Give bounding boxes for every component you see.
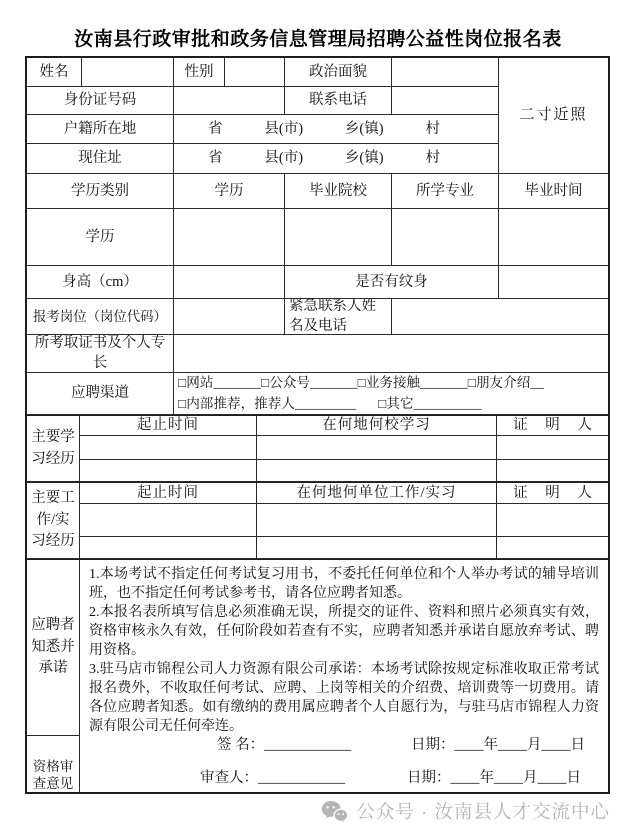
- phone-value-cell: [392, 87, 499, 115]
- channel-options-line1: □网站_______ □公众号_______ □业务接触_______ □朋友介…: [178, 374, 544, 392]
- degree-row-label-cell: 学历: [27, 209, 174, 266]
- promise-label-line: 承诺: [39, 658, 68, 680]
- review-date-field: 日期： ____年____月____日: [407, 769, 581, 788]
- emergency-contact-label-cell: 紧急联系人姓名及电话: [285, 299, 392, 335]
- graduation-time-value-cell: [499, 209, 608, 266]
- township-label: 乡(镇): [345, 149, 384, 168]
- certificates-value-cell: [174, 335, 608, 373]
- review-label-cell: 资格审 查意见: [27, 759, 80, 792]
- study-label-line: 习经历: [31, 449, 75, 471]
- certificates-label-cell: 所考取证书及个人专长: [27, 335, 174, 373]
- promise-section: 应聘者 知悉并 承诺 1.本场考试不指定任何考试复习用书，不委托任何单位和个人举…: [27, 559, 608, 759]
- study-witness-value-cell: [497, 460, 608, 482]
- date-label: 日期：: [411, 736, 455, 755]
- channel-label-cell: 应聘渠道: [27, 373, 174, 415]
- work-period-value-cell: [80, 504, 257, 537]
- study-period-value-cell: [80, 460, 257, 482]
- form-page: 汝南县行政审批和政务信息管理局招聘公益性岗位报名表 姓名 性别 政治面貌 身份证…: [0, 0, 636, 835]
- promise-text-cell: 1.本场考试不指定任何考试复习用书，不委托任何单位和个人举办考试的辅导培训班，也…: [80, 560, 608, 759]
- date-label: 日期：: [407, 769, 451, 788]
- degree-value-cell: [174, 209, 285, 266]
- work-witness-value-cell: [497, 504, 608, 537]
- tattoo-value-cell: [499, 266, 608, 299]
- education-header-row: 学历类别 学历 毕业院校 所学专业 毕业时间: [27, 174, 608, 209]
- height-tattoo-row: 身高（cm） 是否有纹身: [27, 266, 608, 299]
- study-witness-header-cell: 证 明 人: [497, 416, 608, 436]
- work-period-value-cell: [80, 537, 257, 559]
- study-experience-grid: 起止时间 在何地何校学习 证 明 人: [80, 416, 608, 482]
- promise-label-spacer-cell: [27, 736, 80, 759]
- work-place-value-cell: [257, 504, 497, 537]
- study-label-line: 主要学: [31, 427, 75, 449]
- study-period-value-cell: [80, 436, 257, 460]
- signature-field: 签 名： ____________: [217, 736, 351, 755]
- row-name-gender-politics: 姓名 性别 政治面貌: [27, 58, 499, 87]
- promise-paragraph-1: 1.本场考试不指定任何考试复习用书，不委托任何单位和个人举办考试的辅导培训班，也…: [89, 565, 599, 603]
- reviewer-field: 审查人： ____________: [200, 769, 345, 788]
- registered-address-label-cell: 户籍所在地: [27, 115, 174, 144]
- work-witness-value-cell: [497, 537, 608, 559]
- gender-value-cell: [225, 58, 285, 87]
- review-label-line: 资格审: [33, 759, 74, 776]
- checkbox-other: □其它__________: [378, 395, 481, 413]
- position-value-cell: [174, 299, 285, 335]
- checkbox-internal-referral: □内部推荐，推荐人_________: [178, 395, 356, 413]
- graduation-time-header-cell: 毕业时间: [499, 174, 608, 209]
- work-place-value-cell: [257, 537, 497, 559]
- tattoo-label-cell: 是否有纹身: [285, 266, 499, 299]
- promise-paragraph-2: 2.本报名表所填写信息必须准确无误，所提交的证件、资料和照片必须真实有效，资格审…: [89, 603, 599, 660]
- province-label: 省: [208, 149, 223, 168]
- reviewer-blank-line: ____________: [258, 769, 345, 788]
- review-section: 资格审 查意见 审查人： ____________ 日期： ____年____月…: [27, 759, 608, 792]
- review-content-cell: 审查人： ____________ 日期： ____年____月____日: [80, 759, 608, 792]
- work-experience-grid: 起止时间 在何地何单位工作/实习 证 明 人: [80, 483, 608, 559]
- review-label-line: 查意见: [33, 776, 74, 793]
- work-entry-row: [80, 504, 608, 537]
- identity-left-block: 姓名 性别 政治面貌 身份证号码 联系电话 户籍所在地 省: [27, 58, 499, 174]
- top-identity-block: 姓名 性别 政治面貌 身份证号码 联系电话 户籍所在地 省: [27, 58, 608, 174]
- promise-label-cell: 应聘者 知悉并 承诺: [27, 560, 80, 736]
- study-witness-value-cell: [497, 436, 608, 460]
- study-header-row: 起止时间 在何地何校学习 证 明 人: [80, 416, 608, 436]
- emergency-contact-value-cell: [392, 299, 608, 335]
- province-label: 省: [208, 120, 223, 139]
- footer-text: 公众号 · 汝南县人才交流中心: [357, 798, 610, 824]
- footer-watermark: 公众号 · 汝南县人才交流中心: [0, 798, 610, 824]
- promise-label-line: 知悉并: [31, 637, 75, 659]
- signature-label: 签 名：: [217, 736, 264, 755]
- reviewer-label: 审查人：: [200, 769, 258, 788]
- promise-label-line: 应聘者: [31, 615, 75, 637]
- major-header-cell: 所学专业: [392, 174, 499, 209]
- work-experience-label-cell: 主要工 作/实 习经历: [27, 483, 80, 559]
- promise-label-column: 应聘者 知悉并 承诺: [27, 560, 80, 759]
- phone-label-cell: 联系电话: [285, 87, 392, 115]
- education-entry-row: 学历: [27, 209, 608, 266]
- county-label: 县(市): [264, 120, 303, 139]
- application-form-table: 姓名 性别 政治面貌 身份证号码 联系电话 户籍所在地 省: [25, 56, 610, 794]
- study-experience-label-cell: 主要学 习经历: [27, 416, 80, 482]
- row-current-address: 现住址 省 县(市) 乡(镇) 村: [27, 144, 499, 174]
- gender-label-cell: 性别: [174, 58, 225, 87]
- channel-row: 应聘渠道 □网站_______ □公众号_______ □业务接触_______…: [27, 373, 608, 415]
- school-header-cell: 毕业院校: [285, 174, 392, 209]
- signature-row: 签 名： ____________ 日期： ____年____月____日: [89, 736, 599, 757]
- channel-options-cell: □网站_______ □公众号_______ □业务接触_______ □朋友介…: [174, 373, 608, 415]
- photo-box: 二寸近照: [499, 58, 608, 174]
- signature-blank-line: ____________: [264, 736, 351, 755]
- work-entry-row: [80, 537, 608, 559]
- study-entry-row: [80, 460, 608, 482]
- study-period-header-cell: 起止时间: [80, 416, 257, 436]
- education-type-header-cell: 学历类别: [27, 174, 174, 209]
- form-title: 汝南县行政审批和政务信息管理局招聘公益性岗位报名表: [0, 24, 636, 51]
- township-label: 乡(镇): [345, 120, 384, 139]
- work-experience-section: 主要工 作/实 习经历 起止时间 在何地何单位工作/实习 证 明 人: [27, 482, 608, 559]
- work-period-header-cell: 起止时间: [80, 483, 257, 504]
- study-entry-row: [80, 436, 608, 460]
- major-value-cell: [392, 209, 499, 266]
- checkbox-website: □网站_______: [178, 374, 261, 392]
- work-label-line: 作/实: [36, 510, 69, 532]
- politics-label-cell: 政治面貌: [285, 58, 392, 87]
- work-place-header-cell: 在何地何单位工作/实习: [257, 483, 497, 504]
- position-emergency-row: 报考岗位（岗位代码） 紧急联系人姓名及电话: [27, 299, 608, 335]
- work-label-line: 习经历: [31, 531, 75, 553]
- id-number-value-cell: [174, 87, 285, 115]
- current-address-value-cell: 省 县(市) 乡(镇) 村: [174, 144, 499, 174]
- degree-header-cell: 学历: [174, 174, 285, 209]
- certificates-row: 所考取证书及个人专长: [27, 335, 608, 373]
- current-address-label-cell: 现住址: [27, 144, 174, 174]
- checkbox-official-account: □公众号_______: [261, 374, 358, 392]
- study-place-value-cell: [257, 460, 497, 482]
- checkbox-friend-referral: □朋友介绍__: [468, 374, 544, 392]
- wechat-icon: [321, 800, 348, 823]
- date-blank-line: ____年____月____日: [451, 769, 582, 788]
- row-registered-address: 户籍所在地 省 县(市) 乡(镇) 村: [27, 115, 499, 144]
- channel-options-line2: □内部推荐，推荐人_________ □其它__________: [178, 395, 482, 413]
- height-label-cell: 身高（cm）: [27, 266, 174, 299]
- politics-value-cell: [392, 58, 499, 87]
- signature-date-field: 日期： ____年____月____日: [411, 736, 585, 755]
- promise-paragraph-3: 3.驻马店市锦程公司人力资源有限公司承诺：本场考试除按规定标准收取正常考试报名费…: [89, 660, 599, 736]
- date-blank-line: ____年____月____日: [455, 736, 586, 755]
- row-id-phone: 身份证号码 联系电话: [27, 87, 499, 115]
- name-value-cell: [82, 58, 174, 87]
- work-label-line: 主要工: [31, 488, 75, 510]
- position-label-cell: 报考岗位（岗位代码）: [27, 299, 174, 335]
- study-place-header-cell: 在何地何校学习: [257, 416, 497, 436]
- study-experience-section: 主要学 习经历 起止时间 在何地何校学习 证 明 人: [27, 415, 608, 482]
- village-label: 村: [425, 149, 440, 168]
- id-number-label-cell: 身份证号码: [27, 87, 174, 115]
- registered-address-value-cell: 省 县(市) 乡(镇) 村: [174, 115, 499, 144]
- height-value-cell: [174, 266, 285, 299]
- work-witness-header-cell: 证 明 人: [497, 483, 608, 504]
- work-header-row: 起止时间 在何地何单位工作/实习 证 明 人: [80, 483, 608, 504]
- county-label: 县(市): [264, 149, 303, 168]
- checkbox-business-contact: □业务接触_______: [358, 374, 468, 392]
- school-value-cell: [285, 209, 392, 266]
- photo-box-label: 二寸近照: [519, 106, 587, 126]
- name-label-cell: 姓名: [27, 58, 82, 87]
- study-place-value-cell: [257, 436, 497, 460]
- village-label: 村: [425, 120, 440, 139]
